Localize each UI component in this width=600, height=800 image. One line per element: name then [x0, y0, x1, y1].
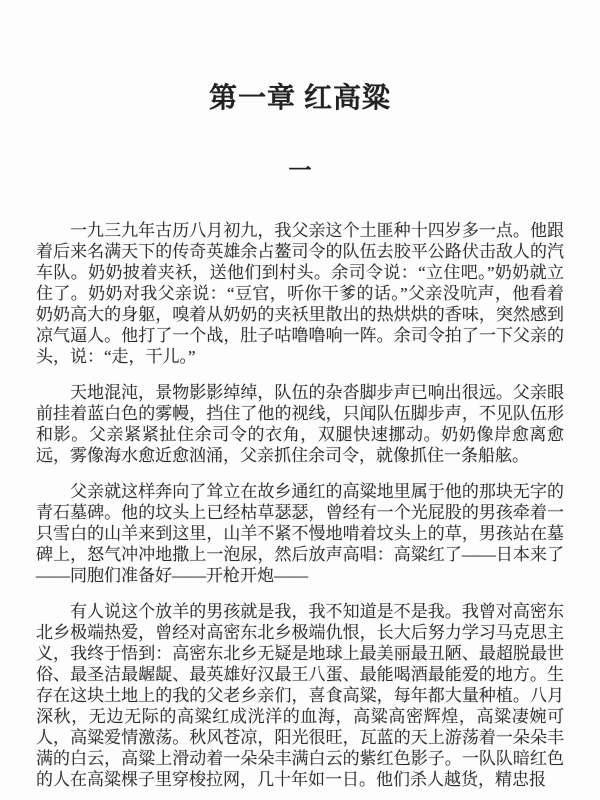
- section-number: 一: [0, 158, 600, 184]
- chapter-title: 第一章 红高粱: [0, 84, 600, 114]
- paragraph-3: 父亲就这样奔向了耸立在故乡通红的高粱地里属于他的那块无字的青石墓碑。他的坟头上已…: [36, 481, 564, 586]
- chapter-body: 一九三九年古历八月初九，我父亲这个土匪种十四岁多一点。他跟着后来名满天下的传奇英…: [36, 220, 564, 790]
- paragraph-2: 天地混沌，景物影影绰绰，队伍的杂沓脚步声已响出很远。父亲眼前挂着蓝白色的雾幔，挡…: [36, 382, 564, 466]
- paragraph-4: 有人说这个放羊的男孩就是我，我不知道是不是我。我曾对高密东北乡极端热爱，曾经对高…: [36, 601, 564, 790]
- paragraph-1: 一九三九年古历八月初九，我父亲这个土匪种十四岁多一点。他跟着后来名满天下的传奇英…: [36, 220, 564, 367]
- book-page: 第一章 红高粱 一 一九三九年古历八月初九，我父亲这个土匪种十四岁多一点。他跟着…: [0, 0, 600, 800]
